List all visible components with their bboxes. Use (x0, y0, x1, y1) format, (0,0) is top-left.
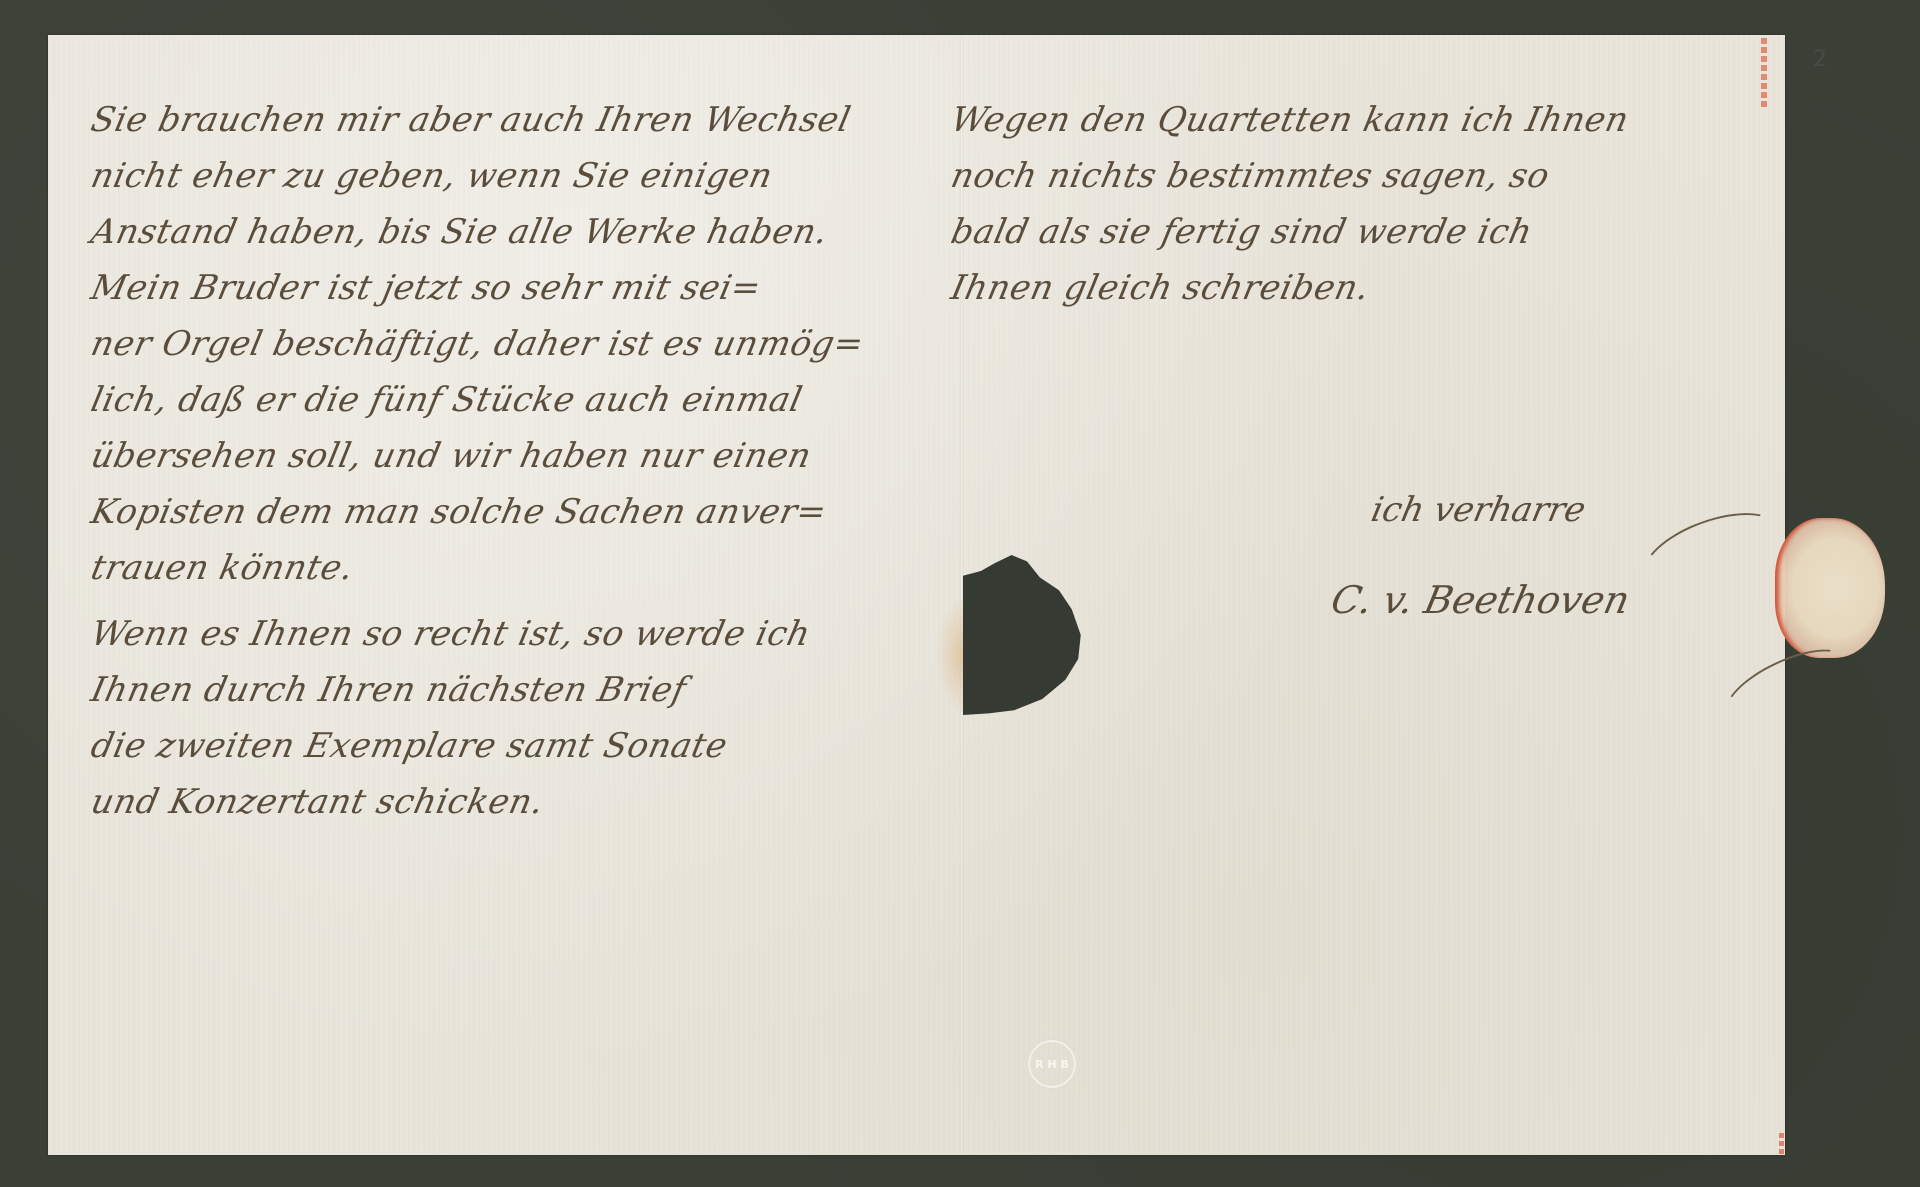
text-line: Anstand haben, bis Sie alle Werke haben. (84, 212, 926, 268)
red-wax-mark-bottom (1779, 1133, 1784, 1155)
closing-phrase: ich verharre (1368, 490, 1590, 530)
text-line: Wegen den Quartetten kann ich Ihnen (944, 100, 1756, 156)
text-line: lich, daß er die fünf Stücke auch einmal (84, 380, 926, 436)
blind-stamp-icon: R H B (1028, 1040, 1076, 1088)
text-line: Mein Bruder ist jetzt so sehr mit sei= (84, 268, 926, 324)
text-line: noch nichts bestimmtes sagen, so (944, 156, 1756, 212)
text-line: übersehen soll, und wir haben nur einen (84, 436, 926, 492)
text-line: nicht eher zu geben, wenn Sie einigen (84, 156, 926, 212)
text-line: trauen könnte. (84, 548, 926, 604)
red-wax-mark-top (1761, 38, 1767, 108)
text-line: ner Orgel beschäftigt, daher ist es unmö… (84, 324, 926, 380)
text-line: Wenn es Ihnen so recht ist, so werde ich (84, 614, 926, 670)
torn-hole (963, 555, 1091, 715)
text-line: Kopisten dem man solche Sachen anver= (84, 492, 926, 548)
text-line: Ihnen gleich schreiben. (944, 268, 1756, 324)
left-page-text: Sie brauchen mir aber auch Ihren Wechsel… (90, 100, 920, 838)
signature: C. v. Beethoven (1327, 578, 1633, 622)
right-page-text: Wegen den Quartetten kann ich Ihnen noch… (950, 100, 1750, 324)
folio-number: 2 (1813, 47, 1827, 72)
text-line: die zweiten Exemplare samt Sonate (84, 726, 926, 782)
text-line: und Konzertant schicken. (84, 782, 926, 838)
text-line: Ihnen durch Ihren nächsten Brief (84, 670, 926, 726)
text-line: Sie brauchen mir aber auch Ihren Wechsel (84, 100, 926, 156)
text-line: bald als sie fertig sind werde ich (944, 212, 1756, 268)
wax-seal-remnant (1775, 518, 1885, 658)
